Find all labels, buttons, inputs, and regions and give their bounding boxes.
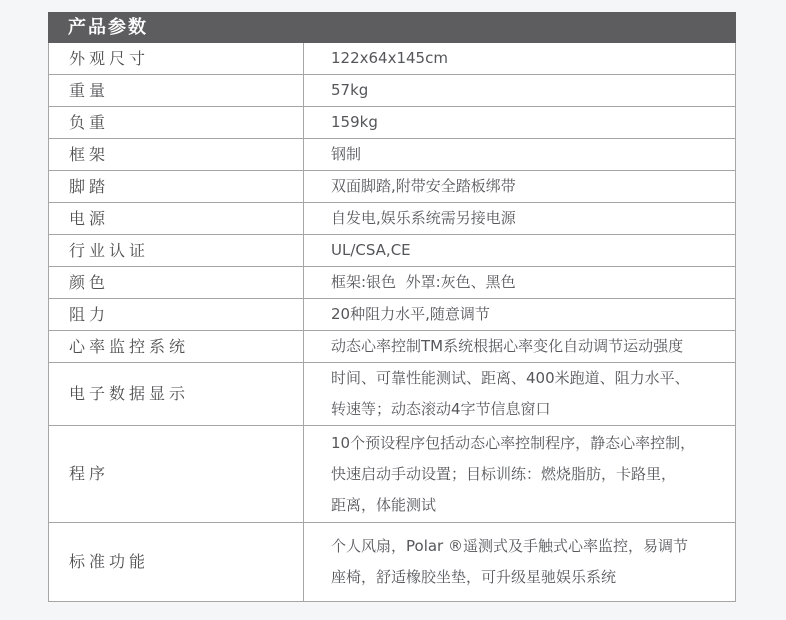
spec-row: 重量 57kg <box>49 74 735 106</box>
spec-param-name: 负重 <box>49 107 304 138</box>
spec-param-value: 122x64x145cm <box>304 43 735 74</box>
spec-row: 负重 159kg <box>49 106 735 138</box>
spec-param-value: 钢制 <box>304 139 735 170</box>
spec-param-value: 双面脚踏,附带安全踏板绑带 <box>304 171 735 202</box>
spec-row: 心率监控系统 动态心率控制TM系统根据心率变化自动调节运动强度 <box>49 330 735 362</box>
spec-param-name: 标准功能 <box>49 523 304 601</box>
spec-row: 脚踏 双面脚踏,附带安全踏板绑带 <box>49 170 735 202</box>
spec-param-name: 电源 <box>49 203 304 234</box>
spec-row: 外观尺寸 122x64x145cm <box>49 43 735 74</box>
spec-param-value: 自发电,娱乐系统需另接电源 <box>304 203 735 234</box>
spec-param-value: 20种阻力水平,随意调节 <box>304 299 735 330</box>
spec-param-name: 阻力 <box>49 299 304 330</box>
spec-row: 标准功能 个人风扇，Polar ®遥测式及手触式心率监控，易调节 座椅，舒适橡胶… <box>49 522 735 601</box>
spec-param-name: 行业认证 <box>49 235 304 266</box>
spec-row: 阻力 20种阻力水平,随意调节 <box>49 298 735 330</box>
spec-param-value: 10个预设程序包括动态心率控制程序，静态心率控制， 快速启动手动设置；目标训练：… <box>304 426 735 522</box>
spec-param-value: UL/CSA,CE <box>304 235 735 266</box>
spec-param-name: 框架 <box>49 139 304 170</box>
spec-param-name: 电子数据显示 <box>49 363 304 425</box>
spec-param-name: 重量 <box>49 75 304 106</box>
spec-row: 框架 钢制 <box>49 138 735 170</box>
spec-param-value: 动态心率控制TM系统根据心率变化自动调节运动强度 <box>304 331 735 362</box>
spec-row: 程序 10个预设程序包括动态心率控制程序，静态心率控制， 快速启动手动设置；目标… <box>49 425 735 522</box>
spec-row: 行业认证 UL/CSA,CE <box>49 234 735 266</box>
spec-row: 电源 自发电,娱乐系统需另接电源 <box>49 202 735 234</box>
spec-param-value: 个人风扇，Polar ®遥测式及手触式心率监控，易调节 座椅，舒适橡胶坐垫，可升… <box>304 523 735 601</box>
spec-param-value: 57kg <box>304 75 735 106</box>
spec-title: 产品参数 <box>68 17 148 38</box>
spec-row: 电子数据显示 时间、可靠性能测试、距离、400米跑道、阻力水平、 转速等；动态滚… <box>49 362 735 425</box>
spec-param-value: 框架:银色 外罩:灰色、黑色 <box>304 267 735 298</box>
spec-param-name: 颜色 <box>49 267 304 298</box>
spec-param-value: 159kg <box>304 107 735 138</box>
spec-param-name: 外观尺寸 <box>49 43 304 74</box>
spec-table: 外观尺寸 122x64x145cm 重量 57kg 负重 159kg 框架 钢制… <box>48 43 736 602</box>
spec-param-name: 脚踏 <box>49 171 304 202</box>
spec-param-name: 程序 <box>49 426 304 522</box>
spec-param-name: 心率监控系统 <box>49 331 304 362</box>
spec-row: 颜色 框架:银色 外罩:灰色、黑色 <box>49 266 735 298</box>
product-spec-panel: 产品参数 外观尺寸 122x64x145cm 重量 57kg 负重 159kg … <box>48 12 736 602</box>
spec-title-bar: 产品参数 <box>48 12 736 43</box>
spec-param-value: 时间、可靠性能测试、距离、400米跑道、阻力水平、 转速等；动态滚动4字节信息窗… <box>304 363 735 425</box>
